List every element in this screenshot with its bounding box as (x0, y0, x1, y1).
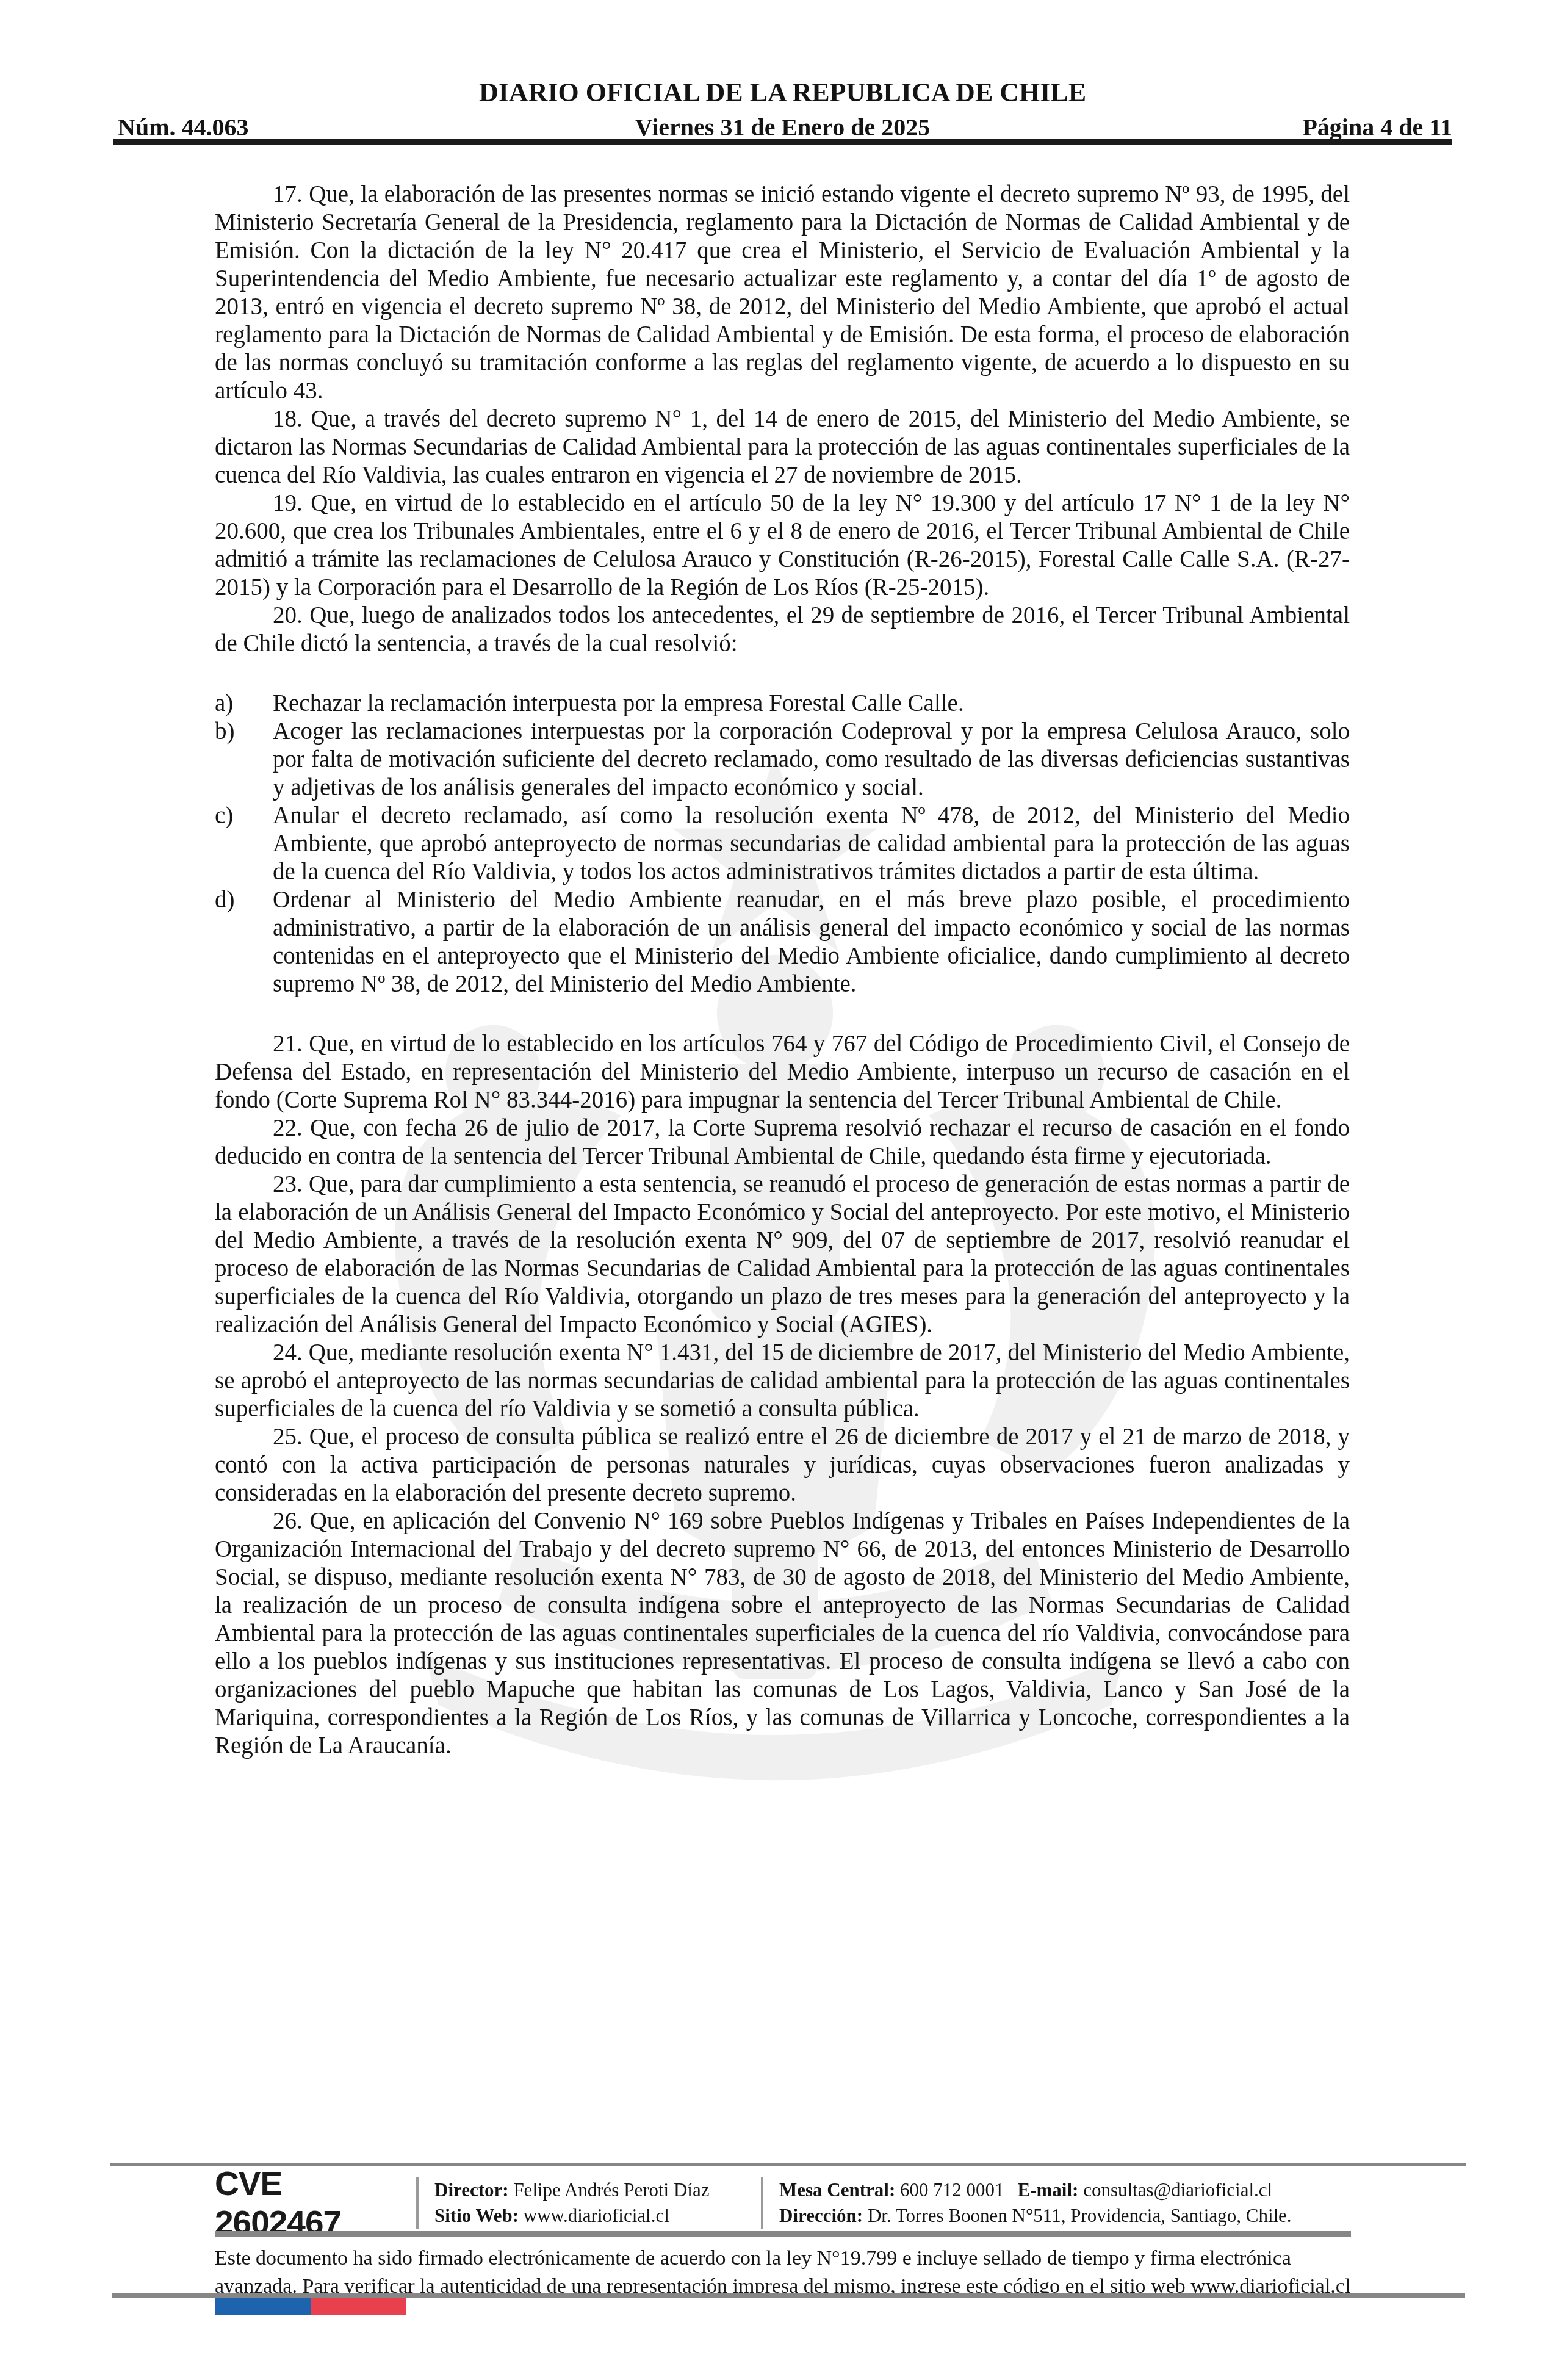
body-paragraph: 26. Que, en aplicación del Convenio N° 1… (215, 1507, 1350, 1760)
footer-info-line: Mesa Central: 600 712 0001E-mail: consul… (779, 2177, 1351, 2203)
clause-item: a)Rechazar la reclamación interpuesta po… (215, 690, 1350, 718)
issue-date: Viernes 31 de Enero de 2025 (635, 113, 930, 142)
body-paragraph: 24. Que, mediante resolución exenta N° 1… (215, 1339, 1350, 1423)
footer-info-line: Sitio Web: www.diarioficial.cl (434, 2203, 761, 2229)
footer-bottom-rule (112, 2293, 1465, 2298)
paragraphs-top: 17. Que, la elaboración de las presentes… (215, 181, 1350, 658)
footer-info-line: Director: Felipe Andrés Peroti Díaz (434, 2177, 761, 2203)
body-paragraph: 20. Que, luego de analizados todos los a… (215, 602, 1350, 658)
signature-disclaimer: Este documento ha sido firmado electróni… (215, 2245, 1362, 2301)
footer-column-director: Director: Felipe Andrés Peroti DíazSitio… (419, 2177, 761, 2229)
clause-letter: d) (215, 886, 235, 914)
footer-column-contact: Mesa Central: 600 712 0001E-mail: consul… (763, 2177, 1351, 2229)
clause-text: Ordenar al Ministerio del Medio Ambiente… (273, 887, 1350, 997)
clause-letter: b) (215, 718, 235, 746)
clause-text: Acoger las reclamaciones interpuestas po… (273, 718, 1350, 801)
flag-blue (215, 2298, 311, 2315)
paragraphs-bottom: 21. Que, en virtud de lo establecido en … (215, 1030, 1350, 1760)
footer-info-line: Dirección: Dr. Torres Boonen N°511, Prov… (779, 2203, 1351, 2229)
clause-text: Anular el decreto reclamado, así como la… (273, 802, 1350, 885)
clause-letter: a) (215, 690, 233, 718)
body-paragraph: 25. Que, el proceso de consulta pública … (215, 1423, 1350, 1507)
body-paragraph: 21. Que, en virtud de lo establecido en … (215, 1030, 1350, 1114)
page-indicator: Página 4 de 11 (1302, 113, 1452, 142)
clause-item: c)Anular el decreto reclamado, así como … (215, 802, 1350, 886)
clause-list: a)Rechazar la reclamación interpuesta po… (215, 690, 1350, 998)
disclaimer-line: Este documento ha sido firmado electróni… (215, 2245, 1362, 2273)
document-page: DIARIO OFICIAL DE LA REPUBLICA DE CHILE … (0, 0, 1556, 2380)
clause-item: b)Acoger las reclamaciones interpuestas … (215, 718, 1350, 802)
cve-code: CVE 2602467 (215, 2164, 416, 2242)
clause-text: Rechazar la reclamación interpuesta por … (273, 690, 964, 716)
body-paragraph: 23. Que, para dar cumplimiento a esta se… (215, 1170, 1350, 1339)
body-paragraph: 19. Que, en virtud de lo establecido en … (215, 489, 1350, 602)
body-paragraph: 18. Que, a través del decreto supremo N°… (215, 405, 1350, 489)
page-header: DIARIO OFICIAL DE LA REPUBLICA DE CHILE … (113, 77, 1452, 143)
header-rule (113, 139, 1452, 145)
footer-cve-box: CVE 2602467 Director: Felipe Andrés Pero… (215, 2174, 1351, 2232)
masthead-title: DIARIO OFICIAL DE LA REPUBLICA DE CHILE (113, 77, 1452, 108)
chile-flag-icon (215, 2298, 406, 2315)
flag-red (311, 2298, 406, 2315)
clause-item: d)Ordenar al Ministerio del Medio Ambien… (215, 886, 1350, 998)
body-paragraph: 22. Que, con fecha 26 de julio de 2017, … (215, 1114, 1350, 1170)
body-paragraph: 17. Que, la elaboración de las presentes… (215, 181, 1350, 405)
document-body: 17. Que, la elaboración de las presentes… (215, 181, 1350, 1760)
issue-number: Núm. 44.063 (118, 113, 248, 142)
clause-letter: c) (215, 802, 233, 830)
footer-mid-rule (215, 2231, 1351, 2237)
